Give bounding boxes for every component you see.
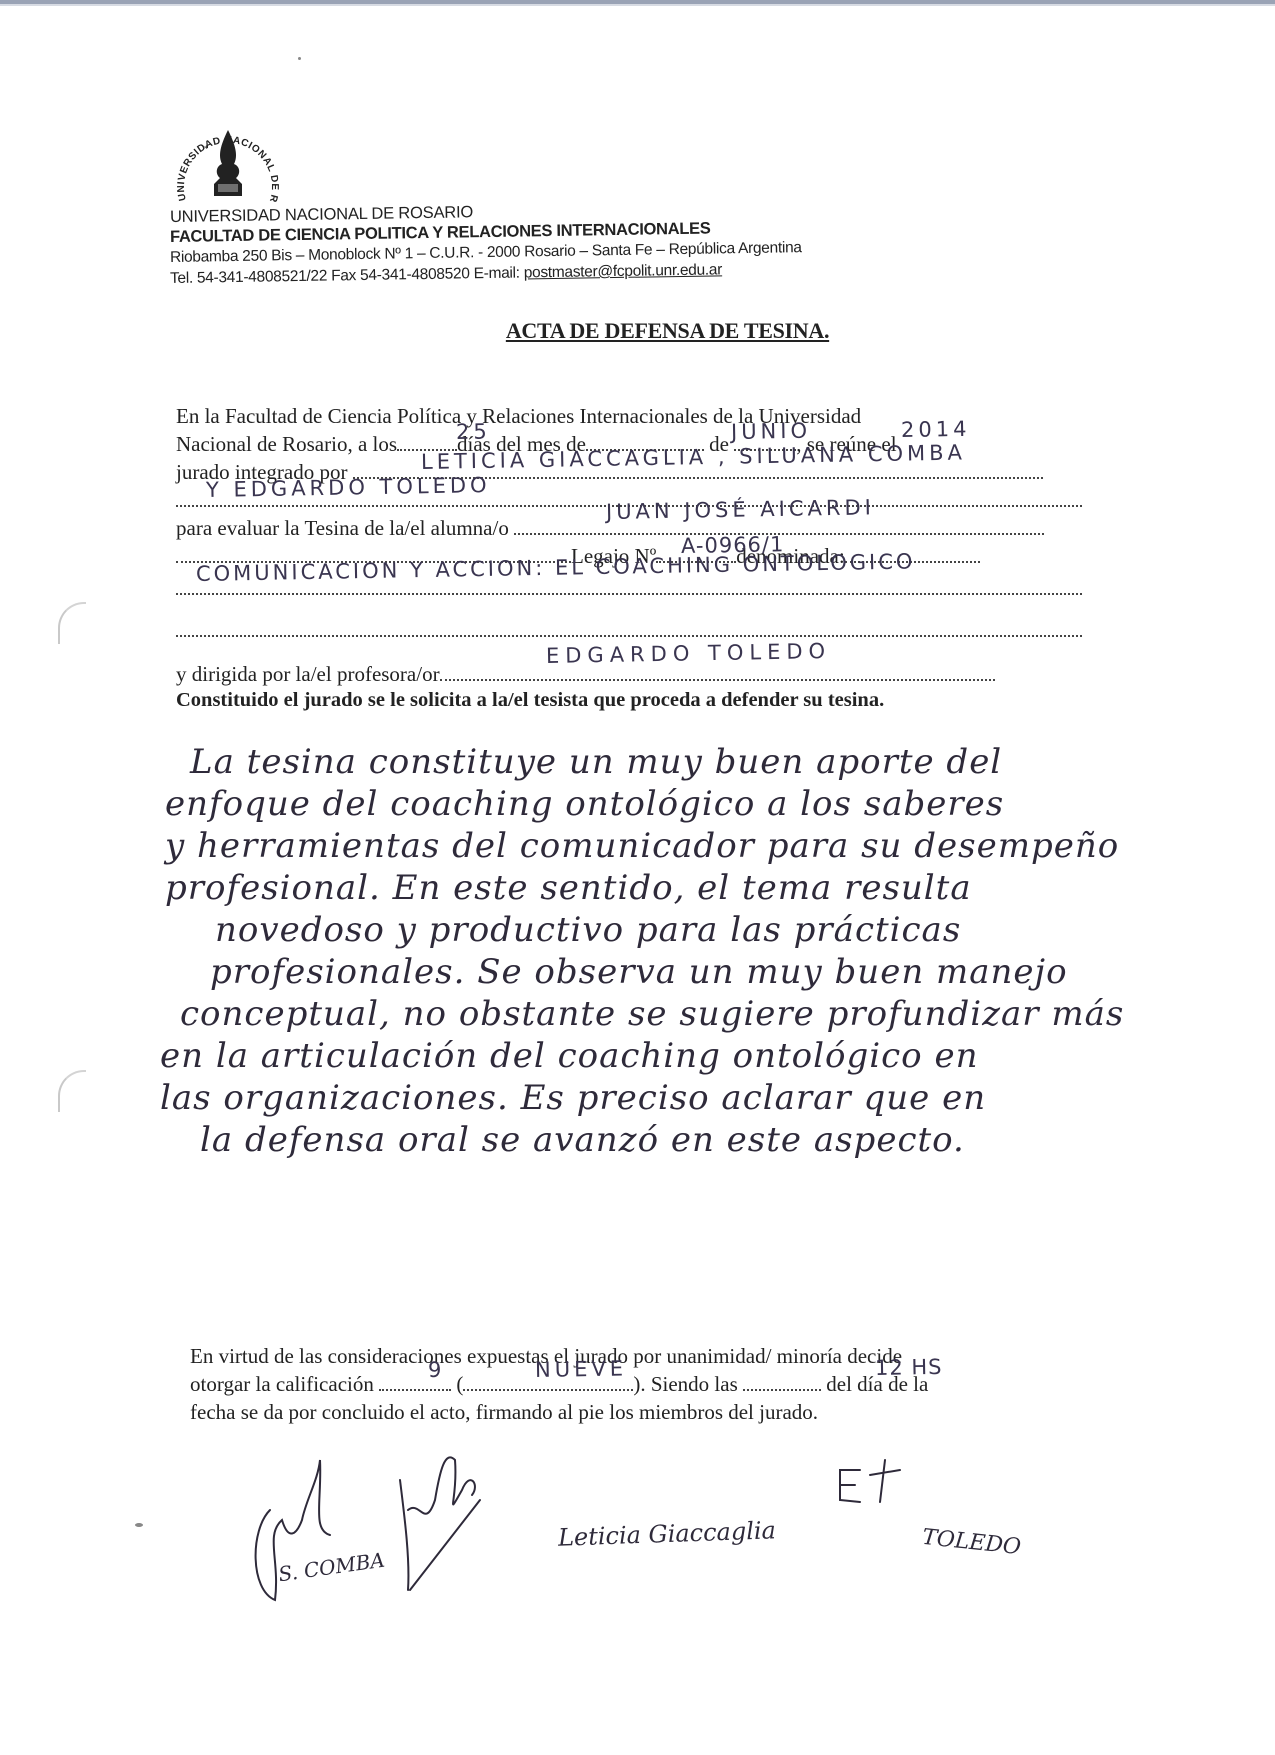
closing-line-3: fecha se da por concluido el acto, firma…: [190, 1398, 818, 1426]
comment-line: novedoso y productivo para las prácticas: [215, 910, 1265, 950]
thesis-title-field: [176, 592, 1082, 595]
time-field: [743, 1371, 821, 1391]
handwritten-year: 2014: [901, 417, 971, 442]
scan-speck: [135, 1523, 143, 1527]
form-line-10: Constituido el jurado se le solicita a l…: [176, 686, 1086, 714]
handwritten-day: 25: [456, 419, 491, 444]
comment-line: la defensa oral se avanzó en este aspect…: [200, 1120, 1250, 1160]
punch-hole-mark: [58, 1070, 86, 1112]
comment-line: enfoque del coaching ontológico a los sa…: [165, 784, 1215, 824]
comment-line: profesionales. Se observa un muy buen ma…: [210, 952, 1260, 992]
comment-line: las organizaciones. Es preciso aclarar q…: [160, 1078, 1210, 1118]
university-seal-logo: UNIVERSIDAD NACIONAL DE ROSARIO *: [168, 112, 288, 208]
thesis-title-field-continued: [176, 634, 1082, 637]
comment-line: en la articulación del coaching ontológi…: [160, 1036, 1210, 1076]
svg-text:*: *: [204, 144, 209, 154]
handwritten-grade-words: NUEVE: [535, 1356, 627, 1382]
comment-line: conceptual, no obstante se sugiere profu…: [180, 994, 1230, 1034]
scan-top-edge-shadow: [0, 4, 1275, 6]
handwritten-jury-line2: Y EDGARDO TOLEDO: [206, 473, 491, 502]
comment-line: profesional. En este sentido, el tema re…: [165, 868, 1215, 908]
email-link[interactable]: postmaster@fcpolit.unr.edu.ar: [524, 261, 723, 281]
phone-fax: Tel. 54-341-4808521/22 Fax 54-341-480852…: [170, 264, 524, 287]
handwritten-grade-number: 9: [428, 1358, 446, 1382]
handwritten-director: EDGARDO TOLEDO: [546, 639, 831, 668]
document-title: ACTA DE DEFENSA DE TESINA.: [0, 318, 1275, 344]
handwritten-time: 12 HS: [875, 1355, 943, 1380]
comment-line: y herramientas del comunicador para su d…: [165, 826, 1215, 866]
handwritten-month: JUNIO: [731, 419, 811, 444]
comment-line: La tesina constituye un muy buen aporte …: [190, 742, 1240, 782]
handwritten-student: JUAN JOSÉ AICARDI: [606, 495, 875, 524]
scan-speck: [298, 57, 301, 60]
day-field: [397, 431, 457, 451]
punch-hole-mark: [58, 602, 86, 644]
